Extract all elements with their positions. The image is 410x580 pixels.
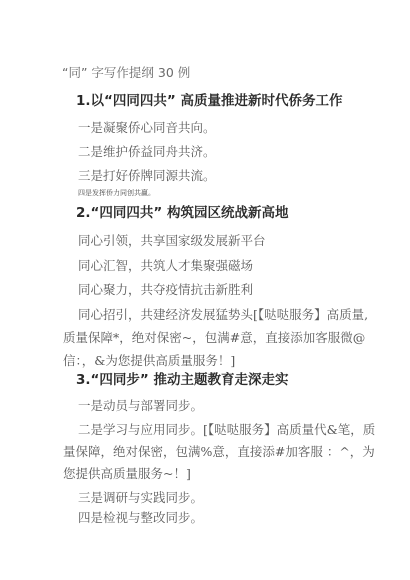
section-3-line-6: 四是检视与整改同步。 [78, 510, 203, 526]
section-3-line-2: 二是学习与应用同步。[【哒哒服务】高质量代&笔，质 [78, 422, 375, 438]
section-2-line-5: 质量保障*，绝对保密~，包满#意，直接添加客服微@ [63, 330, 365, 346]
section-3-line-1: 一是动员与部署同步。 [78, 398, 203, 414]
section-3-heading: 3.“四同步” 推动主题教育走深走实 [76, 372, 288, 388]
section-1-line-3: 三是打好侨牌同源共流。 [78, 168, 216, 184]
section-2-heading: 2.“四同四共” 构筑园区统战新高地 [76, 205, 288, 221]
section-1-line-4: 四是发挥侨力同创共赢。 [78, 189, 155, 198]
section-3-line-5: 三是调研与实践同步。 [78, 490, 203, 506]
section-2-line-4: 同心招引，共建经济发展猛势头[【哒哒服务】高质量, [78, 307, 368, 323]
section-2-line-1: 同心引领，共享国家级发展新平台 [78, 233, 266, 249]
section-2-line-3: 同心聚力，共夺疫情抗击新胜利 [78, 282, 253, 298]
section-1-line-2: 二是维护侨益同舟共济。 [78, 144, 216, 160]
section-3-line-4: 您提供高质量服务~！] [63, 466, 191, 482]
document-title: “同” 字写作提纲 30 例 [62, 65, 190, 81]
section-1-heading: 1.以“四同四共” 高质量推进新时代侨务工作 [76, 93, 342, 109]
section-2-line-2: 同心汇智，共筑人才集聚强磁场 [78, 258, 253, 274]
section-3-line-3: 量保障，绝对保密，包满%意，直接添#加客服 ：^，为 [63, 444, 375, 460]
section-1-line-1: 一是凝聚侨心同音共向。 [78, 120, 216, 136]
section-2-line-6: 信：，&为您提供高质量服务！] [63, 353, 235, 369]
